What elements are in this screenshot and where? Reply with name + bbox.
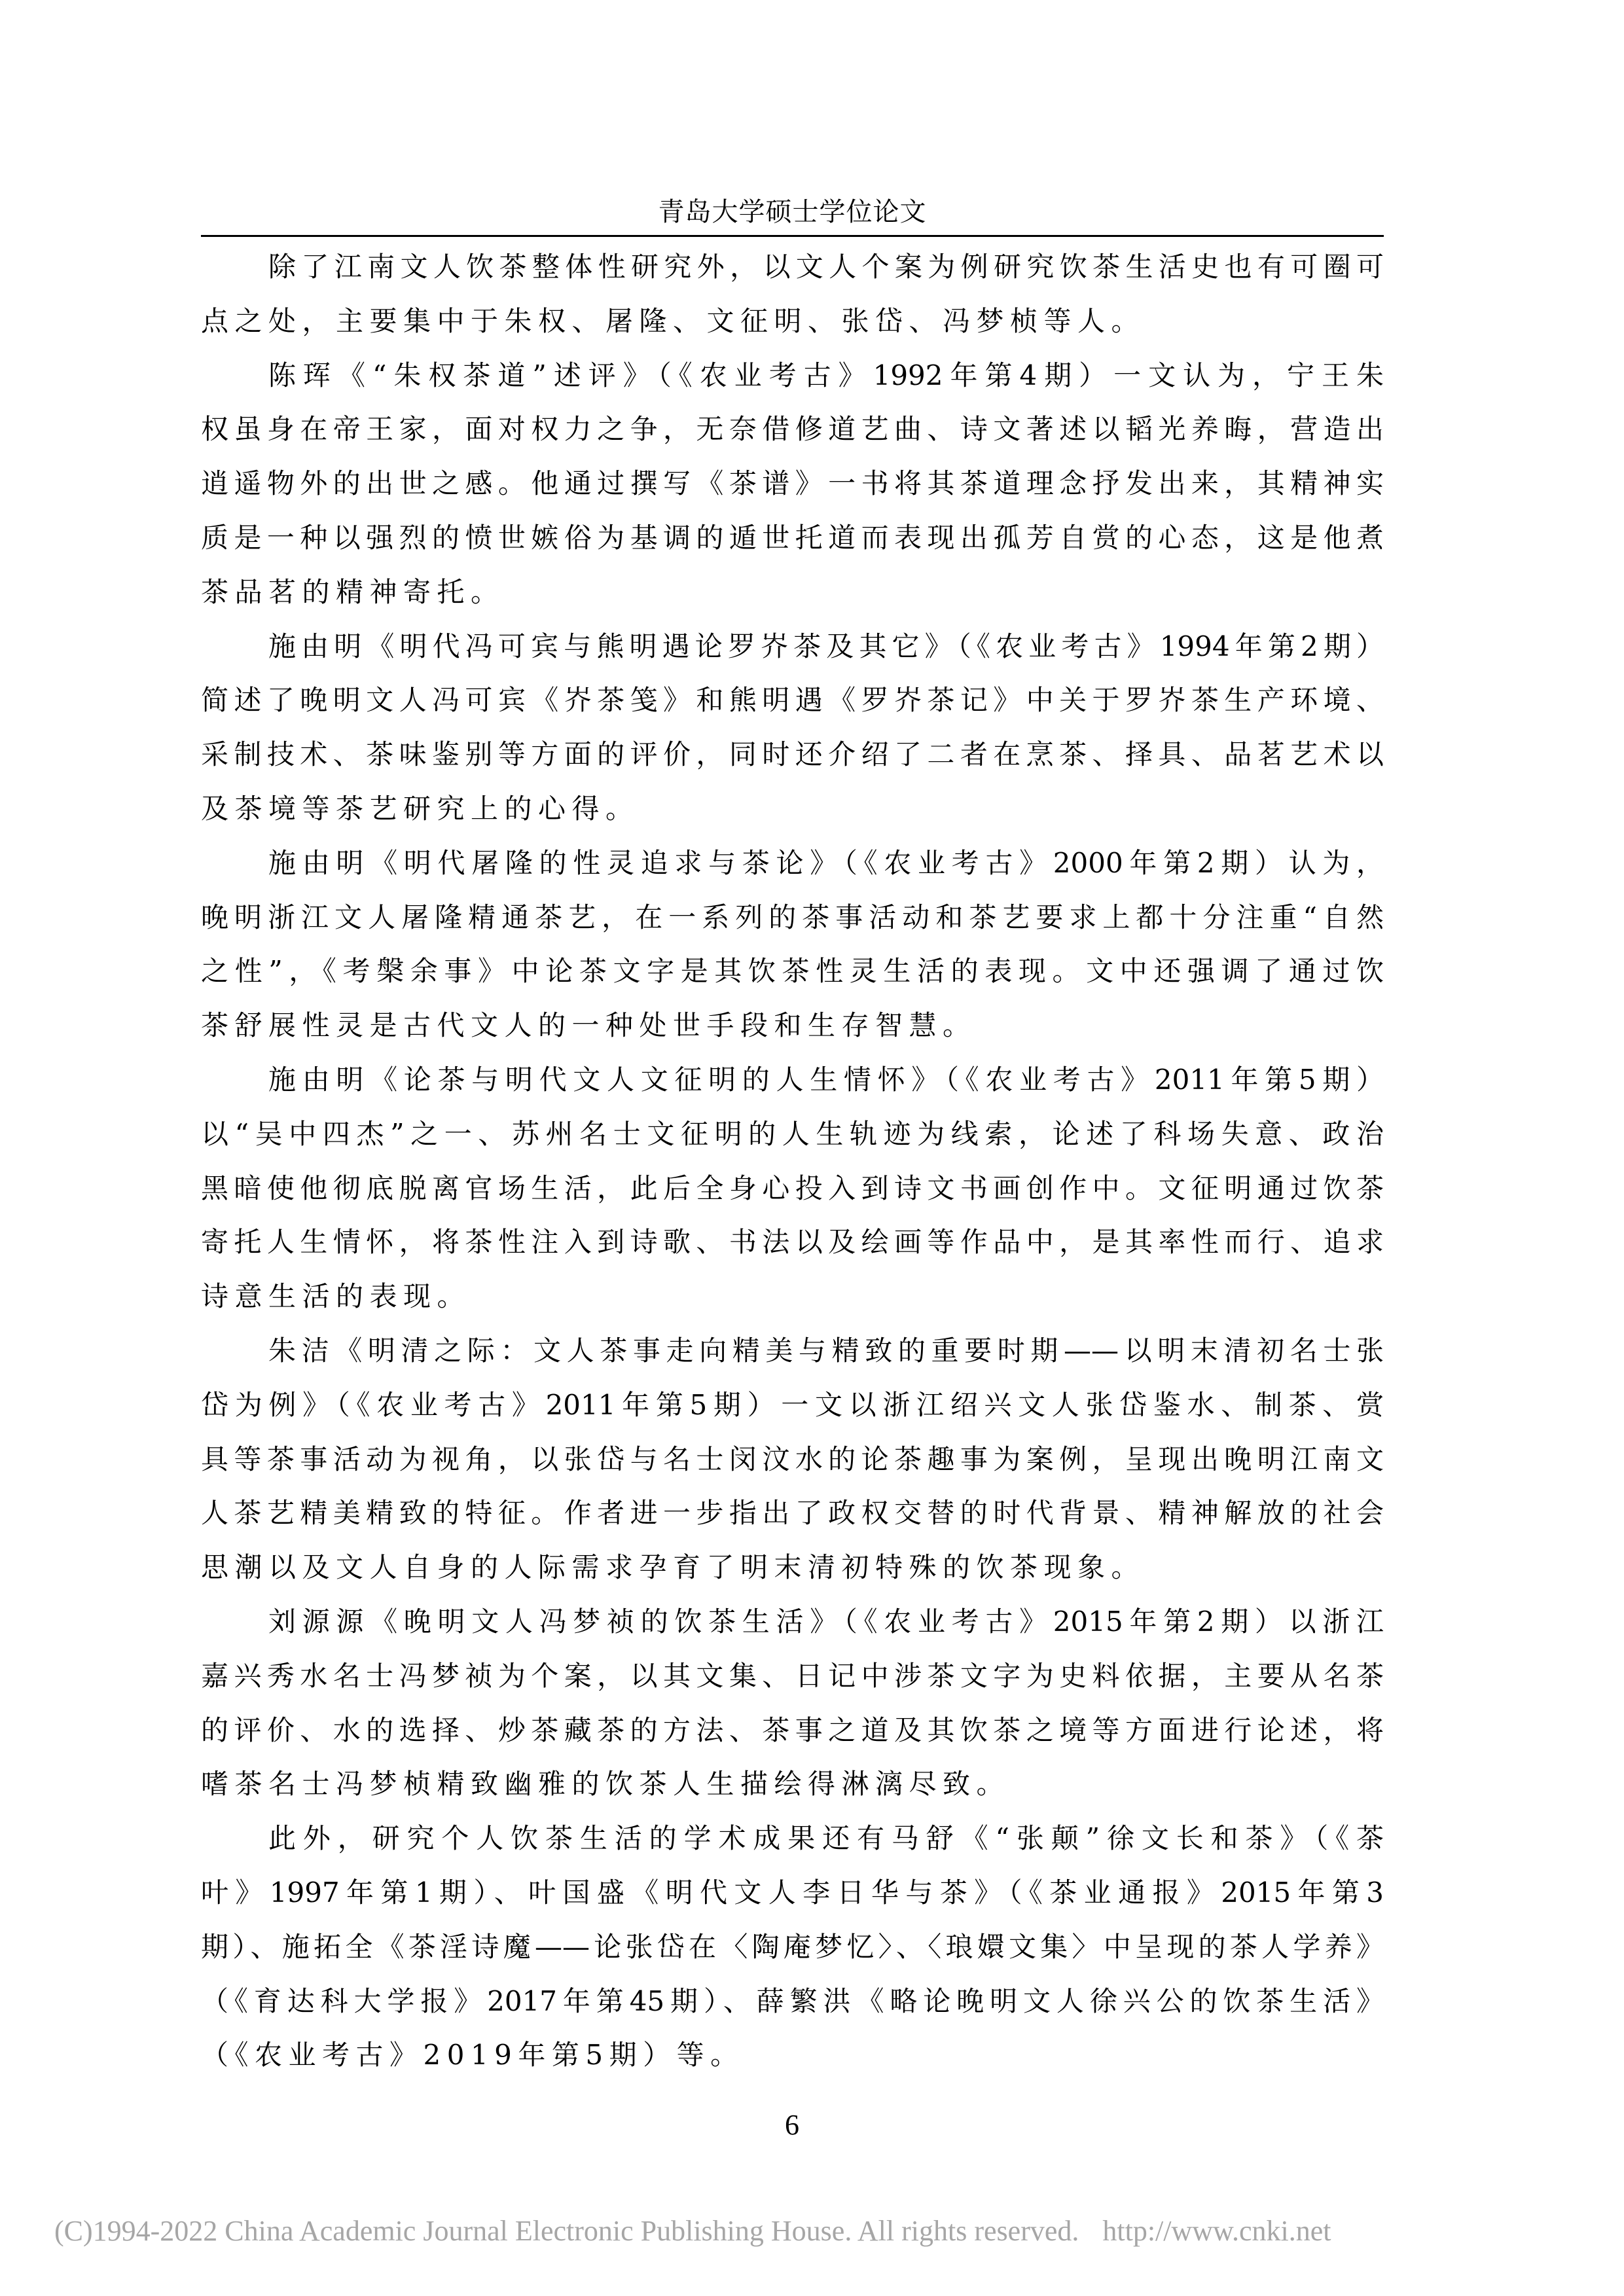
text-line: 质是一种以强烈的愤世嫉俗为基调的遁世托道而表现出孤芳自赏的心态，这是他煮 xyxy=(201,515,1384,569)
text-line: 诗意生活的表现。 xyxy=(201,1274,1384,1328)
text-line: 人茶艺精美精致的特征。作者进一步指出了政权交替的时代背景、精神解放的社会 xyxy=(201,1490,1384,1545)
text-line: 具等茶事活动为视角，以张岱与名士闵汶水的论茶趣事为案例，呈现出晚明江南文 xyxy=(201,1437,1384,1491)
text-line: 期）、施拓全《茶淫诗魔——论张岱在〈陶庵梦忆〉、〈琅嬛文集〉中呈现的茶人学养》 xyxy=(201,1924,1384,1979)
text-line: 施由明《明代屠隆的性灵追求与茶论》（《农业考古》2000年第2期）认为， xyxy=(201,840,1384,895)
text-line: 的评价、水的选择、炒茶藏茶的方法、茶事之道及其饮茶之境等方面进行论述，将 xyxy=(201,1708,1384,1762)
paragraph-other-works: 此外，研究个人饮茶生活的学术成果还有马舒《“张颠”徐文长和茶》（《茶 叶》199… xyxy=(201,1816,1384,2087)
text-line: 逍遥物外的出世之感。他通过撰写《茶谱》一书将其茶道理念抒发出来，其精神实 xyxy=(201,461,1384,515)
text-line: 施由明《明代冯可宾与熊明遇论罗岕茶及其它》（《农业考古》1994年第2期） xyxy=(201,624,1384,678)
copyright-text: (C)1994-2022 China Academic Journal Elec… xyxy=(54,2215,1079,2247)
text-line: 黑暗使他彻底脱离官场生活，此后全身心投入到诗文书画创作中。文征明通过饮茶 xyxy=(201,1166,1384,1220)
paragraph-shi-youming-1: 施由明《明代冯可宾与熊明遇论罗岕茶及其它》（《农业考古》1994年第2期） 简述… xyxy=(201,624,1384,840)
text-line: 施由明《论茶与明代文人文征明的人生情怀》（《农业考古》2011年第5期） xyxy=(201,1057,1384,1111)
cnki-url: http://www.cnki.net xyxy=(1102,2215,1331,2247)
paragraph-chen-hui: 陈珲《“朱权茶道”述评》（《农业考古》1992年第4期）一文认为，宁王朱 权虽身… xyxy=(201,353,1384,624)
body-text: 除了江南文人饮茶整体性研究外，以文人个案为例研究饮茶生活史也有可圈可 点之处，主… xyxy=(201,244,1384,2087)
text-line: 晚明浙江文人屠隆精通茶艺，在一系列的茶事活动和茶艺要求上都十分注重“自然 xyxy=(201,895,1384,949)
header-rule xyxy=(201,235,1384,237)
paragraph-liu-yuanyuan: 刘源源《晚明文人冯梦祯的饮茶生活》（《农业考古》2015年第2期）以浙江 嘉兴秀… xyxy=(201,1599,1384,1816)
text-line: 简述了晚明文人冯可宾《岕茶笺》和熊明遇《罗岕茶记》中关于罗岕茶生产环境、 xyxy=(201,677,1384,732)
text-line: 陈珲《“朱权茶道”述评》（《农业考古》1992年第4期）一文认为，宁王朱 xyxy=(201,353,1384,407)
text-line: 权虽身在帝王家，面对权力之争，无奈借修道艺曲、诗文著述以韬光养晦，营造出 xyxy=(201,406,1384,461)
copyright-footer: (C)1994-2022 China Academic Journal Elec… xyxy=(54,2215,1331,2248)
text-line: 岱为例》（《农业考古》2011年第5期）一文以浙江绍兴文人张岱鉴水、制茶、赏 xyxy=(201,1382,1384,1437)
paragraph-shi-youming-3: 施由明《论茶与明代文人文征明的人生情怀》（《农业考古》2011年第5期） 以“吴… xyxy=(201,1057,1384,1328)
text-line: 除了江南文人饮茶整体性研究外，以文人个案为例研究饮茶生活史也有可圈可 xyxy=(201,244,1384,298)
text-line: （《育达科大学报》2017年第45期）、薛繁洪《略论晚明文人徐兴公的饮茶生活》 xyxy=(201,1979,1384,2033)
text-line: 及茶境等茶艺研究上的心得。 xyxy=(201,786,1384,840)
paragraph-zhu-jie: 朱洁《明清之际：文人茶事走向精美与精致的重要时期——以明末清初名士张 岱为例》（… xyxy=(201,1328,1384,1599)
paragraph-intro: 除了江南文人饮茶整体性研究外，以文人个案为例研究饮茶生活史也有可圈可 点之处，主… xyxy=(201,244,1384,353)
text-line: 点之处，主要集中于朱权、屠隆、文征明、张岱、冯梦桢等人。 xyxy=(201,298,1384,353)
paragraph-shi-youming-2: 施由明《明代屠隆的性灵追求与茶论》（《农业考古》2000年第2期）认为， 晚明浙… xyxy=(201,840,1384,1057)
text-line: 嗜茶名士冯梦桢精致幽雅的饮茶人生描绘得淋漓尽致。 xyxy=(201,1761,1384,1816)
text-line: 以“吴中四杰”之一、苏州名士文征明的人生轨迹为线索，论述了科场失意、政治 xyxy=(201,1111,1384,1166)
text-line: 嘉兴秀水名士冯梦祯为个案，以其文集、日记中涉茶文字为史料依据，主要从名茶 xyxy=(201,1653,1384,1708)
text-line: 叶》1997年第1期）、叶国盛《明代文人李日华与茶》（《茶业通报》2015年第3 xyxy=(201,1870,1384,1924)
text-line: 采制技术、茶味鉴别等方面的评价，同时还介绍了二者在烹茶、择具、品茗艺术以 xyxy=(201,732,1384,786)
text-line: 茶品茗的精神寄托。 xyxy=(201,569,1384,624)
text-line: 之性”，《考槃余事》中论茶文字是其饮茶性灵生活的表现。文中还强调了通过饮 xyxy=(201,948,1384,1003)
text-line: 朱洁《明清之际：文人茶事走向精美与精致的重要时期——以明末清初名士张 xyxy=(201,1328,1384,1382)
text-line: 寄托人生情怀，将茶性注入到诗歌、书法以及绘画等作品中，是其率性而行、追求 xyxy=(201,1219,1384,1274)
text-line: 此外，研究个人饮茶生活的学术成果还有马舒《“张颠”徐文长和茶》（《茶 xyxy=(201,1816,1384,1870)
text-line: （《农业考古》2019年第5期）等。 xyxy=(201,2032,1384,2087)
running-header: 青岛大学硕士学位论文 xyxy=(201,194,1384,230)
text-line: 茶舒展性灵是古代文人的一种处世手段和生存智慧。 xyxy=(201,1003,1384,1057)
page-number: 6 xyxy=(772,2109,812,2142)
text-line: 思潮以及文人自身的人际需求孕育了明末清初特殊的饮茶现象。 xyxy=(201,1545,1384,1599)
text-line: 刘源源《晚明文人冯梦祯的饮茶生活》（《农业考古》2015年第2期）以浙江 xyxy=(201,1599,1384,1653)
